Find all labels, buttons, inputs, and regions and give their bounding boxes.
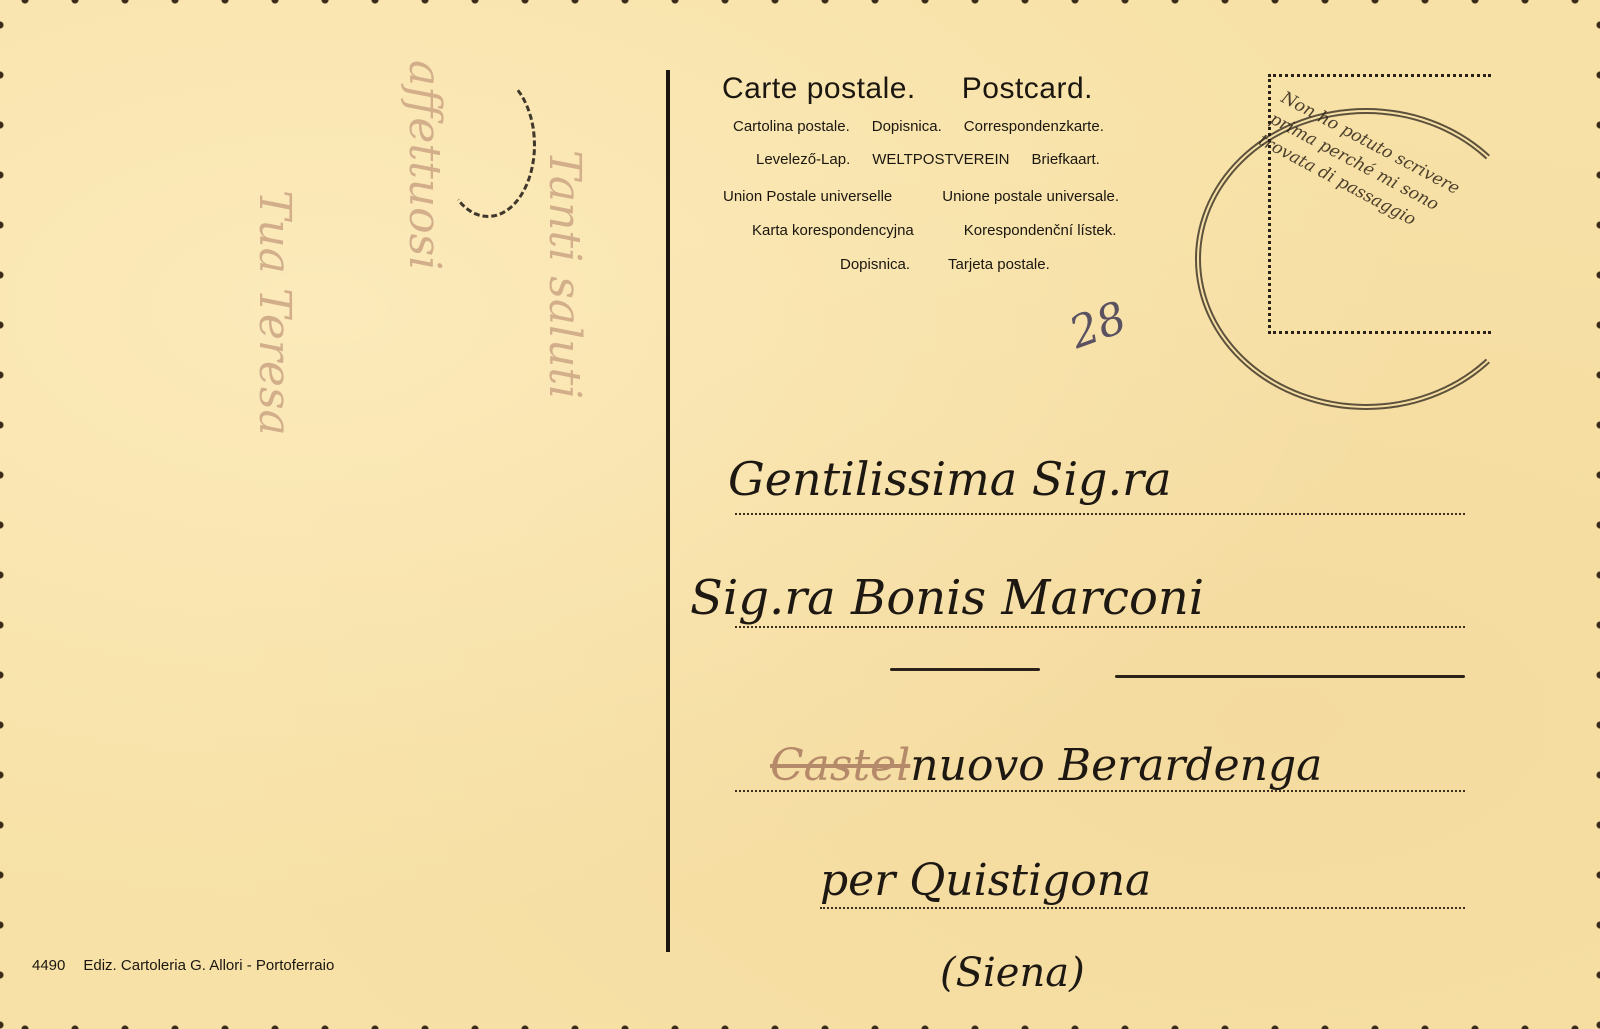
language-row-3: Union Postale universelleUnione postale … <box>723 188 1141 205</box>
address-rule-1 <box>735 513 1465 515</box>
deckled-edge-top <box>0 0 1600 10</box>
ink-splatter <box>440 72 536 218</box>
address-line-1: Gentilissima Sig.ra <box>728 452 1172 506</box>
postcard-back: Tanti saluti affettuosi Tua Teresa Carte… <box>0 0 1600 1029</box>
deckled-edge-left <box>0 0 10 1029</box>
language-row-4: Karta korespondencyjnaKorespondenční lís… <box>752 222 1138 239</box>
postmark-cancellation <box>1195 108 1537 410</box>
message-line-3: Tua Teresa <box>249 190 300 436</box>
struck-word: Castel <box>770 740 910 791</box>
language-row-2: Levelező-Lap.WELTPOSTVEREINBriefkaart. <box>756 151 1122 168</box>
deckled-edge-right <box>1590 0 1600 1029</box>
underline-2 <box>1115 675 1465 678</box>
center-divider <box>666 70 670 952</box>
address-line-3: Castelnuovo Berardenga <box>770 740 1322 791</box>
publisher-imprint: 4490Ediz. Cartoleria G. Allori - Portofe… <box>32 957 334 974</box>
message-line-1: Tanti saluti <box>539 150 590 399</box>
message-line-2: affettuosi <box>399 60 450 270</box>
title-french: Carte postale. <box>722 72 916 105</box>
language-row-1: Cartolina postale.Dopisnica.Corresponden… <box>733 118 1126 135</box>
postcard-title: Carte postale.Postcard. <box>722 72 1139 106</box>
title-english: Postcard. <box>962 72 1093 105</box>
address-rule-2 <box>735 626 1465 628</box>
address-rule-4 <box>820 907 1465 909</box>
underline-1 <box>890 668 1040 671</box>
catalog-number: 4490 <box>32 957 65 974</box>
deckled-edge-bottom <box>0 1019 1600 1029</box>
address-rule-3 <box>735 790 1465 792</box>
address-line-2: Sig.ra Bonis Marconi <box>690 570 1204 626</box>
address-line-4: per Quistigona <box>820 855 1151 906</box>
language-row-5: Dopisnica.Tarjeta postale. <box>840 256 1072 273</box>
routing-number: 28 <box>1063 292 1133 359</box>
address-line-5: (Siena) <box>940 950 1085 996</box>
publisher-name: Ediz. Cartoleria G. Allori - Portoferrai… <box>83 957 334 974</box>
